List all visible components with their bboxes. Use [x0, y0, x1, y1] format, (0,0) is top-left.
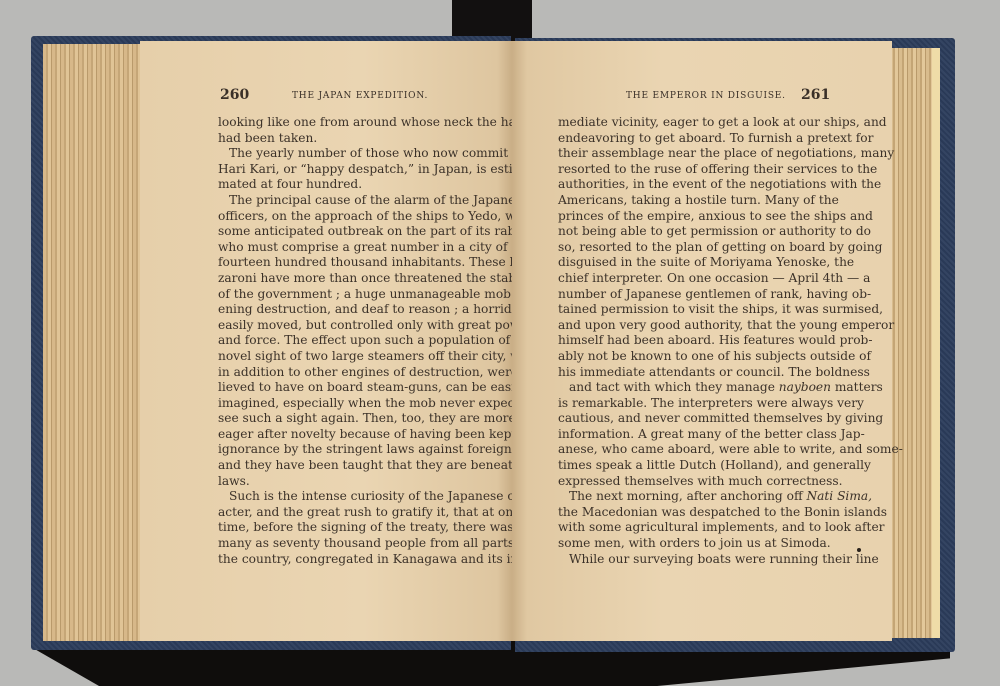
text-line: imagined, especially when the mob never …: [218, 396, 480, 412]
text-line: authorities, in the event of the negotia…: [558, 177, 825, 193]
text-line: and tact with which they manage nayboen …: [558, 380, 825, 396]
text-line: Americans, taking a hostile turn. Many o…: [558, 193, 825, 209]
ink-spot: [857, 548, 861, 552]
text-line: and force. The effect upon such a popula…: [218, 333, 480, 349]
page-edges-right: [890, 48, 940, 638]
text-line: Such is the intense curiosity of the Jap…: [218, 489, 480, 505]
italic-term: nayboen: [779, 380, 831, 394]
text-line: of the government ; a huge unmanageable …: [218, 287, 480, 303]
text-line: anese, who came aboard, were able to wri…: [558, 442, 825, 458]
text-line: While our surveying boats were running t…: [558, 552, 825, 568]
text-line: some men, with orders to join us at Simo…: [558, 536, 825, 552]
text-line: see such a sight again. Then, too, they …: [218, 411, 480, 427]
right-page: THE EMPEROR IN DISGUISE. 261 mediate vic…: [512, 41, 892, 641]
text-line: looking like one from around whose neck …: [218, 115, 480, 131]
text-line: their assemblage near the place of negot…: [558, 146, 825, 162]
text-line: in addition to other engines of destruct…: [218, 365, 480, 381]
text-line: Hari Kari, or “happy despatch,” in Japan…: [218, 162, 480, 178]
text-line: The principal cause of the alarm of the …: [218, 193, 480, 209]
text-line: not being able to get permission or auth…: [558, 224, 825, 240]
page-edges-left: [43, 44, 143, 641]
text-line: zaroni have more than once threatened th…: [218, 271, 480, 287]
page-body-text: mediate vicinity, eager to get a look at…: [558, 115, 825, 567]
text-line: disguised in the suite of Moriyama Yenos…: [558, 255, 825, 271]
text-line: ening destruction, and deaf to reason ; …: [218, 302, 480, 318]
text-line: the country, congregated in Kanagawa and…: [218, 552, 480, 568]
text-line: many as seventy thousand people from all…: [218, 536, 480, 552]
text-line: easily moved, but controlled only with g…: [218, 318, 480, 334]
text-line: expressed themselves with much correctne…: [558, 474, 825, 490]
text-line: ignorance by the stringent laws against …: [218, 442, 480, 458]
text-line: fourteen hundred thousand inhabitants. T…: [218, 255, 480, 271]
running-head: THE EMPEROR IN DISGUISE.: [626, 91, 786, 101]
text-line: officers, on the approach of the ships t…: [218, 209, 480, 225]
page-body-text: looking like one from around whose neck …: [218, 115, 480, 567]
text-line: times speak a little Dutch (Holland), an…: [558, 458, 825, 474]
page-number: 261: [801, 87, 830, 103]
text-line: The yearly number of those who now commi…: [218, 146, 480, 162]
text-line: with some agricultural implements, and t…: [558, 520, 825, 536]
text-line: number of Japanese gentlemen of rank, ha…: [558, 287, 825, 303]
text-line: mated at four hundred.: [218, 177, 480, 193]
text-line: some anticipated outbreak on the part of…: [218, 224, 480, 240]
text-line: novel sight of two large steamers off th…: [218, 349, 480, 365]
text-line: princes of the empire, anxious to see th…: [558, 209, 825, 225]
text-line: is remarkable. The interpreters were alw…: [558, 396, 825, 412]
text-line: and they have been taught that they are …: [218, 458, 480, 474]
text-line: endeavoring to get aboard. To furnish a …: [558, 131, 825, 147]
text-line: ably not be known to one of his subjects…: [558, 349, 825, 365]
text-line: The next morning, after anchoring off Na…: [558, 489, 825, 505]
text-line: resorted to the ruse of offering their s…: [558, 162, 825, 178]
text-line: who must comprise a great number in a ci…: [218, 240, 480, 256]
text-line: eager after novelty because of having be…: [218, 427, 480, 443]
page-number: 260: [220, 87, 249, 103]
italic-term: Nati Sima,: [806, 489, 872, 503]
text-line: tained permission to visit the ships, it…: [558, 302, 825, 318]
text-line: mediate vicinity, eager to get a look at…: [558, 115, 825, 131]
text-line: laws.: [218, 474, 480, 490]
text-line: cautious, and never committed themselves…: [558, 411, 825, 427]
text-line: so, resorted to the plan of getting on b…: [558, 240, 825, 256]
text-line: the Macedonian was despatched to the Bon…: [558, 505, 825, 521]
text-line: himself had been aboard. His features wo…: [558, 333, 825, 349]
running-head: THE JAPAN EXPEDITION.: [292, 91, 428, 101]
left-page: 260 THE JAPAN EXPEDITION. looking like o…: [140, 41, 512, 641]
text-line: had been taken.: [218, 131, 480, 147]
text-line: and upon very good authority, that the y…: [558, 318, 825, 334]
text-line: information. A great many of the better …: [558, 427, 825, 443]
text-line: lieved to have on board steam-guns, can …: [218, 380, 480, 396]
text-line: time, before the signing of the treaty, …: [218, 520, 480, 536]
text-line: his immediate attendants or council. The…: [558, 365, 825, 381]
text-line: chief interpreter. On one occasion — Apr…: [558, 271, 825, 287]
text-line: acter, and the great rush to gratify it,…: [218, 505, 480, 521]
